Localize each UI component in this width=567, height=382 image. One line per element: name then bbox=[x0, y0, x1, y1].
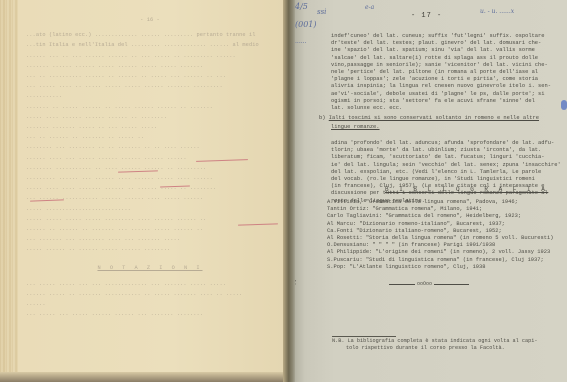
text-line: ...... ..... .. ....... ........... .. .… bbox=[26, 289, 274, 299]
bibliography-entry: Ca.Fonti "Dizionario italiano-romeno", B… bbox=[327, 228, 567, 235]
text-line: 'plagne i loppas'; zele 'acuzione i tort… bbox=[331, 76, 567, 83]
text-line: ....... ....... ..... .. ... ..... ..... bbox=[26, 122, 274, 132]
bibliography-entry: A.Vitticia, "Grammatica della lingua rom… bbox=[327, 199, 567, 206]
bibliography-entry: Tantin Ortiz: "Grammatica romena", Milan… bbox=[327, 206, 567, 213]
text-line: ... ....... ... ........ .... ... ......… bbox=[26, 234, 274, 244]
handwritten-note: u. - u. ......x bbox=[480, 8, 514, 15]
text-line: ....... ...... ...... ..... ...... .....… bbox=[26, 61, 274, 71]
text-line: ...... bbox=[26, 299, 274, 309]
left-section-heading: N O T A Z I O N I bbox=[26, 263, 274, 273]
handwritten-note: ...... bbox=[295, 38, 306, 45]
right-page-number: - 17 - bbox=[411, 13, 442, 20]
text-line: ..... ..... ..... ..... ......... .... .… bbox=[26, 214, 274, 224]
footnote-rule bbox=[332, 336, 396, 337]
ink-smudge: ; bbox=[295, 278, 297, 288]
bibliography-entry: S.Pop: "L'Atlante linguistico romeno", C… bbox=[327, 264, 567, 271]
text-line: ..... ...... .. ...... ..... ...... ....… bbox=[26, 244, 274, 254]
text-line: ie' del lat. lingula; sein 'vecchio' del… bbox=[331, 162, 567, 169]
text-line: ...... .... ... ..... ...... ...... ....… bbox=[26, 153, 274, 163]
text-line: ........... bbox=[26, 91, 274, 101]
bibliography-entry: Al Marcu: "Dizionario romeno-italiano", … bbox=[327, 221, 567, 228]
text-line: ..... .... .... ....... ...... .. ......… bbox=[26, 183, 274, 193]
text-line: tlorin; ubaea 'morte' da lat. ubinlium; … bbox=[331, 147, 567, 154]
left-page-number: - 16 - bbox=[26, 15, 274, 25]
text-line: ae'vi'-sociale', debole usatei di 'plagn… bbox=[331, 91, 567, 98]
paragraph-b-heading: b) Ialti toscimi si sono conservati solt… bbox=[319, 115, 567, 131]
text-line: indef'cuneo' del lat. cuneus; suffix 'fu… bbox=[331, 33, 567, 40]
text-line: liberatum; ficam, 'scuttoriato' de lat. … bbox=[331, 154, 567, 161]
text-line: nele 'pertice' del lat. piltone (in roma… bbox=[331, 69, 567, 76]
text-line: ... .. ...... .. ....... .. ..... .. bbox=[26, 132, 274, 142]
text-line: ... ..... .... .. ..... ..... ..... ....… bbox=[26, 81, 274, 91]
handwritten-note: e-a bbox=[365, 4, 374, 11]
page-bottom-edge bbox=[0, 372, 287, 382]
text-line: dr'teste' del lat. testes; plaut. ginevr… bbox=[331, 40, 567, 47]
text-line: ine 'spazio' del lat. spatium; sinu 'via… bbox=[331, 47, 567, 54]
text-line: ...... .. ...... .. ....... ... ...... .… bbox=[26, 224, 274, 234]
text-line: alivria inspinia; la lingua rel cnesen n… bbox=[331, 83, 567, 90]
blue-ink-blot bbox=[561, 100, 567, 110]
left-page-text: - 16 - ...ato (latino ecc.) ............… bbox=[26, 15, 274, 320]
text-line: del lat. exspolian, etc. (Vedi l'elenco … bbox=[331, 169, 567, 176]
footnote-line: tolo rispettivo durante il corso presso … bbox=[332, 345, 567, 352]
text-line: ......... ...... ... ...... .... ...... … bbox=[26, 173, 274, 183]
bibliography-entry: Al Philippide: "L'origine dei romeni" (i… bbox=[327, 249, 567, 256]
page-edge-stack bbox=[0, 0, 18, 382]
paragraph-romance-words: adina 'profondo' del lat. aduncus; afund… bbox=[331, 140, 567, 205]
handwritten-note: ssi bbox=[317, 8, 326, 16]
book-spread: - 16 - ...ato (latino ecc.) ............… bbox=[0, 0, 567, 382]
text-line: ...tin Italia e nell'Italia del ........… bbox=[26, 40, 274, 50]
text-line: adina 'profondo' del lat. aduncus; afund… bbox=[331, 140, 567, 147]
text-line: ..... .......................... bbox=[26, 204, 274, 214]
handwritten-note: (001) bbox=[295, 20, 317, 29]
text-line: ...... ... .. ... ...... ...... .. ... .… bbox=[26, 51, 274, 61]
text-line: ... ..... ..... ... ... ............. ..… bbox=[26, 279, 274, 289]
text-line: ...ato (latino ecc.) ............. .....… bbox=[26, 30, 274, 40]
bibliography-entry: Al Rosetti: "Storia della lingua romena"… bbox=[327, 235, 567, 242]
bibliography-list: A.Vitticia, "Grammatica della lingua rom… bbox=[327, 199, 567, 271]
left-page: - 16 - ...ato (latino ecc.) ............… bbox=[0, 0, 287, 382]
right-page: 4/5 ssi e-a u. - u. ......x (001) ......… bbox=[295, 0, 567, 382]
section-heading: Ialti toscimi si sono conservati soltant… bbox=[329, 115, 539, 121]
text-line: ..... .... ...... ...... ...... .. .....… bbox=[26, 112, 274, 122]
paragraph-etymologies: indef'cuneo' del lat. cuneus; suffix 'fu… bbox=[331, 33, 567, 112]
footnote: N.B. La bibliografia completa è stata in… bbox=[332, 338, 567, 352]
handwritten-note: 4/5 bbox=[295, 2, 308, 11]
bibliography-entry: S.Puscariu: "Studi di linguistica romena… bbox=[327, 257, 567, 264]
text-line: ... .. .......... ...... .. ...... .. ..… bbox=[26, 71, 274, 81]
bibliography-entry: Carlo Tagliavini: "Grammatica del romeno… bbox=[327, 213, 567, 220]
text-line: ....... .. ..... ...... .. ..... ...... … bbox=[26, 102, 274, 112]
footnote-line: N.B. La bibliografia completa è stata in… bbox=[332, 338, 567, 345]
text-line: ogismi in porsoi; sta 'settore' fa ele a… bbox=[331, 98, 567, 105]
section-separator-label: ooOoo bbox=[415, 281, 434, 288]
text-line: ... ..... ... ..... ...... ...... ... ..… bbox=[26, 309, 274, 319]
text-line: lat. solunxe ecc. ecc. bbox=[331, 105, 567, 112]
section-heading-cont: lingue romanze. bbox=[331, 124, 380, 130]
list-label: b) bbox=[319, 115, 325, 121]
bibliography-entry: O.Densusianu: " " " " (in francese) Pari… bbox=[327, 242, 567, 249]
text-line: del vocab. (ro.le lingue romanze), in 'S… bbox=[331, 176, 567, 183]
text-line: ........ ... ........ .. .. ....... .. .… bbox=[26, 142, 274, 152]
text-line: vino,passagge in seniorile); sanie 'vice… bbox=[331, 62, 567, 69]
bibliography-title: B I B L I O G R A F I A bbox=[385, 186, 548, 193]
text-line: 'salcae' del lat. saltare(i) rotte di sp… bbox=[331, 55, 567, 62]
